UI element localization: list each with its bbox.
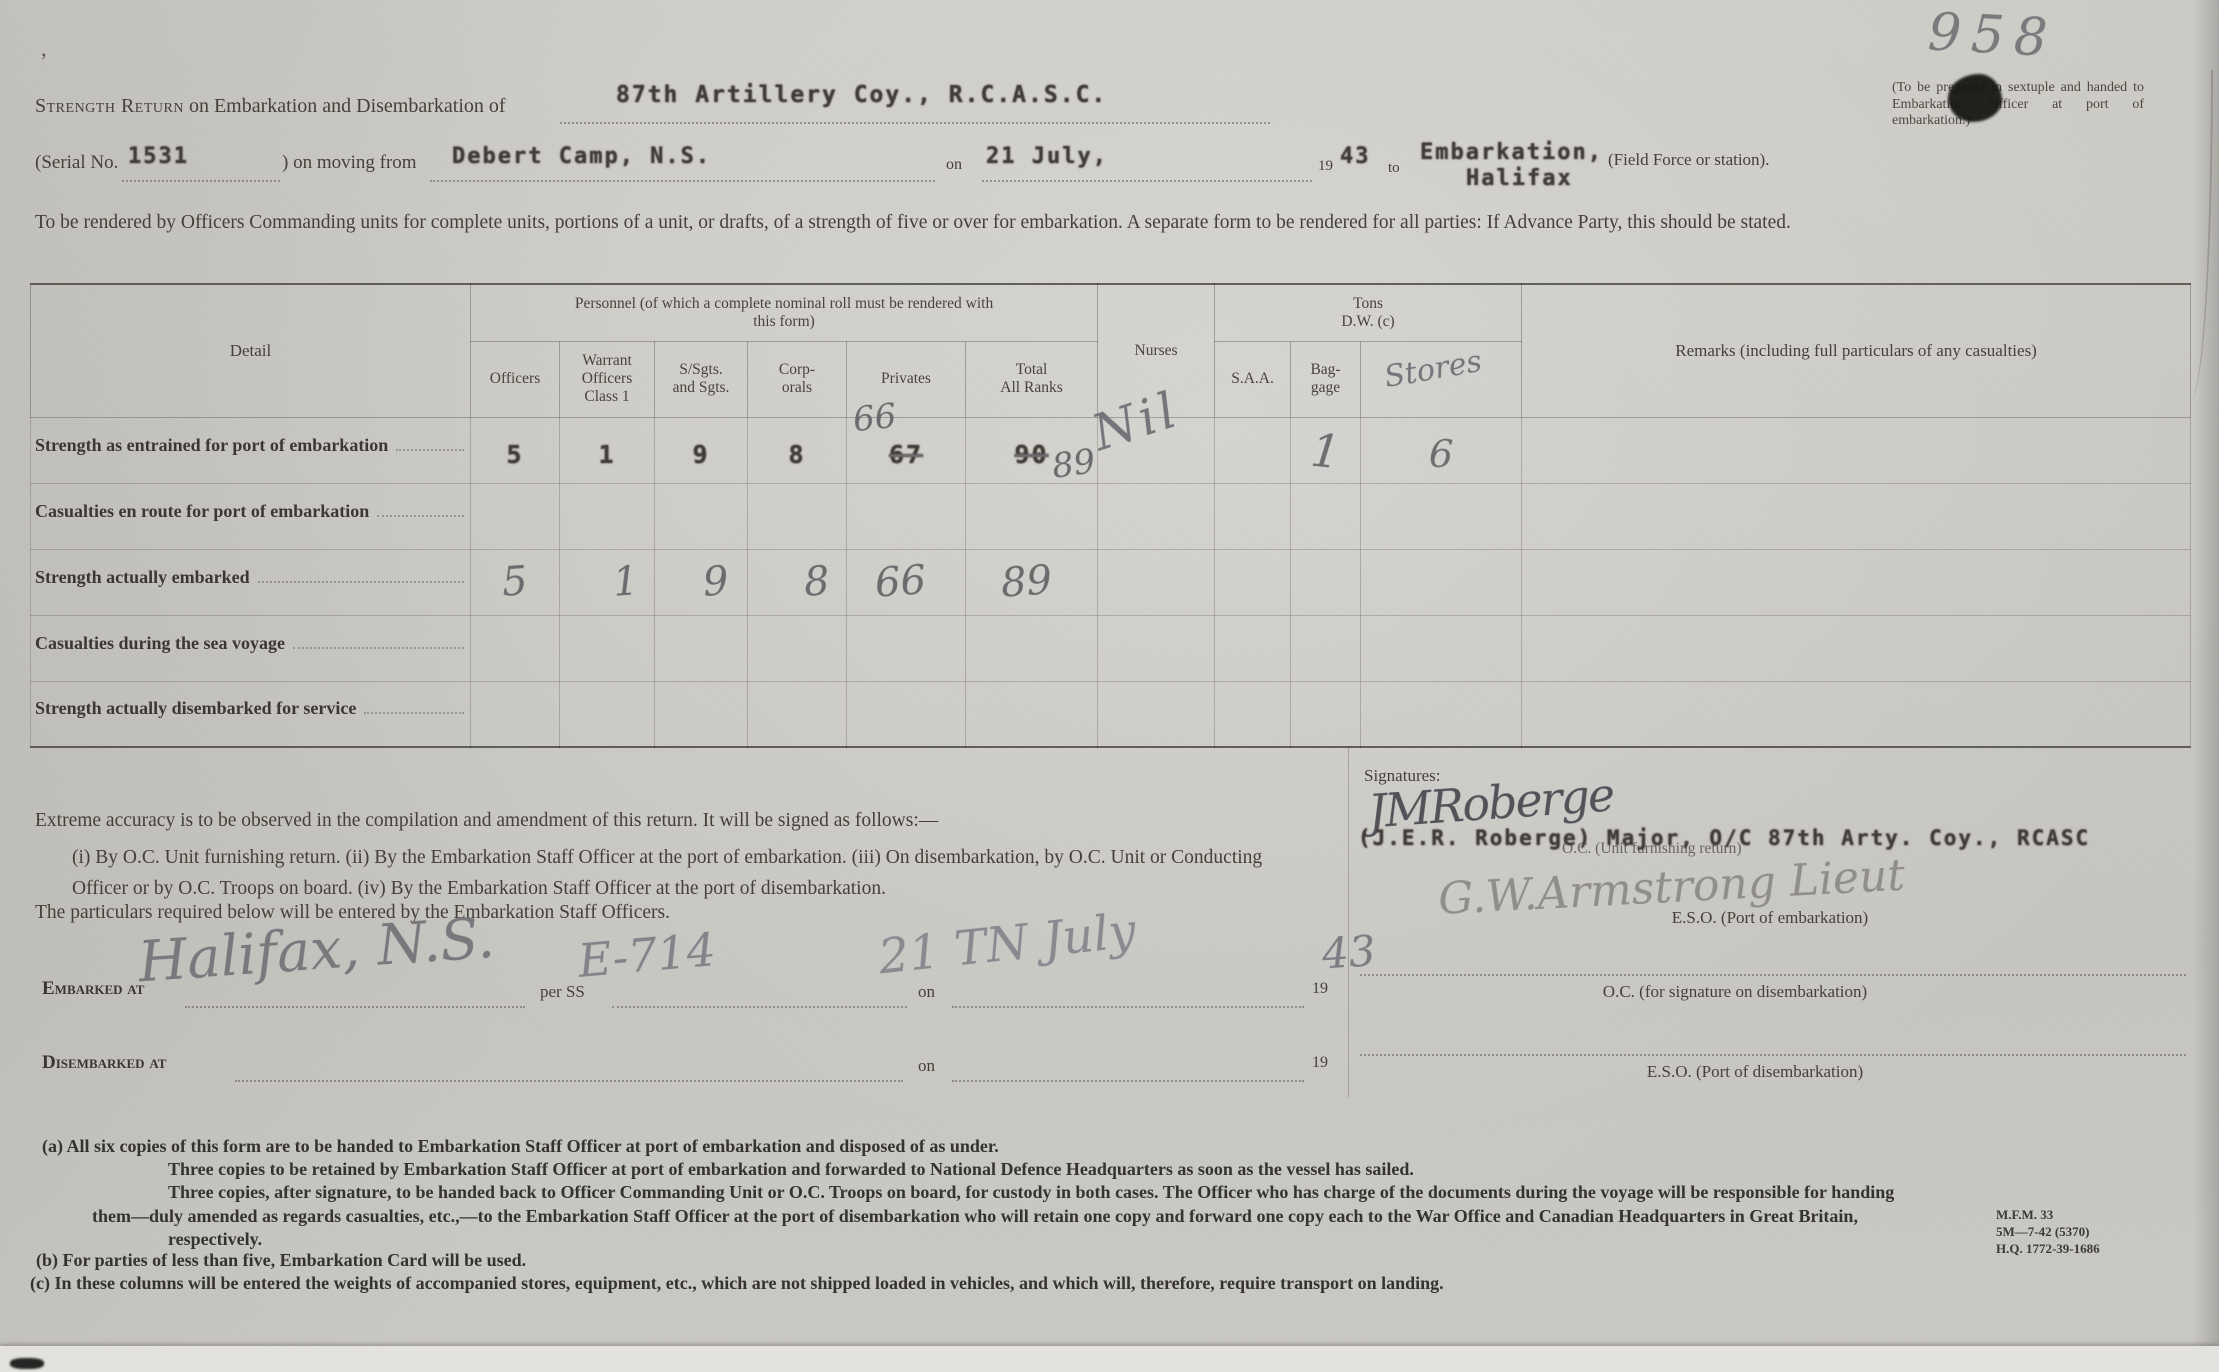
empty-cell — [1215, 483, 1291, 549]
on-label: on — [918, 982, 935, 1002]
dotted-rule — [430, 178, 935, 182]
footnote-a3: them—duly amended as regards casualties,… — [92, 1206, 1858, 1227]
dotted-leader — [293, 645, 464, 649]
move-date-value: 21 July, — [986, 144, 1108, 169]
footnote-a: (a) All six copies of this form are to b… — [42, 1136, 999, 1157]
year-prefix: 19 — [1312, 980, 1328, 998]
handwritten-ship-number: E-714 — [576, 922, 718, 988]
pencil-value: 1 — [612, 558, 641, 606]
empty-cell — [471, 615, 560, 681]
empty-cell — [748, 615, 847, 681]
dotted-rule — [185, 1004, 525, 1008]
empty-cell — [1291, 615, 1361, 681]
empty-cell — [748, 483, 847, 549]
dotted-rule — [235, 1078, 903, 1082]
empty-cell — [1291, 483, 1361, 549]
empty-cell — [1361, 549, 1522, 615]
per-ss-label: per SS — [540, 982, 585, 1002]
struck-typed-value: 67 — [889, 440, 923, 469]
to-label: to — [1388, 160, 1400, 177]
empty-cell — [1361, 483, 1522, 549]
empty-cell — [655, 483, 748, 549]
entrained-baggage-cell: 1 — [1291, 417, 1361, 483]
pencil-value: 89 — [1000, 557, 1054, 606]
remarks-column-header: Remarks (including full particulars of a… — [1522, 284, 2191, 417]
embarked-officers-cell: 5 — [471, 549, 560, 615]
remarks-cell — [1522, 615, 2191, 681]
entrained-officers-cell: 5 — [471, 417, 560, 483]
entrained-sgts-cell: 9 — [655, 417, 748, 483]
embarked-at-label: Embarked at — [42, 978, 144, 1000]
empty-cell — [471, 483, 560, 549]
pencil-correction: 89 — [1049, 441, 1097, 487]
destination-line2: Halifax — [1466, 166, 1573, 191]
destination-line1: Embarkation, — [1420, 140, 1603, 165]
empty-cell — [655, 615, 748, 681]
embarked-privates-cell: 66 — [847, 549, 966, 615]
corporals-column-header: Corp- orals — [748, 341, 847, 417]
empty-cell — [1361, 681, 1522, 747]
field-force-label: (Field Force or station). — [1608, 150, 1769, 170]
typed-value: 8 — [788, 440, 805, 469]
year-value: 43 — [1340, 144, 1371, 169]
row-label: Casualties during the sea voyage — [35, 633, 285, 654]
serial-no-value: 1531 — [128, 144, 189, 169]
dotted-rule — [560, 120, 1270, 124]
empty-cell — [1361, 615, 1522, 681]
empty-cell — [966, 483, 1098, 549]
dotted-leader — [364, 710, 464, 714]
typed-value: 9 — [692, 440, 709, 469]
remarks-cell — [1522, 549, 2191, 615]
empty-cell — [966, 681, 1098, 747]
saa-column-header: S.A.A. — [1215, 341, 1291, 417]
row-label-cell: Casualties en route for port of embarkat… — [31, 483, 471, 549]
form-title-rest: on Embarkation and Disembarkation of — [184, 95, 506, 117]
oc-disembarkation-label: O.C. (for signature on disembarkation) — [1520, 982, 1950, 1002]
empty-cell — [847, 483, 966, 549]
embarked-wo1-cell: 1 — [560, 549, 655, 615]
empty-cell — [748, 681, 847, 747]
ink-blot — [1948, 74, 2002, 122]
pencil-value: 8 — [803, 558, 832, 606]
accuracy-line1: Extreme accuracy is to be observed in th… — [35, 810, 938, 832]
remarks-cell — [1522, 417, 2191, 483]
footnote-c: (c) In these columns will be entered the… — [30, 1273, 1444, 1294]
empty-cell — [847, 681, 966, 747]
form-reference-numbers: M.F.M. 33 5M—7-42 (5370) H.Q. 1772-39-16… — [1996, 1206, 2100, 1257]
dotted-rule — [982, 178, 1312, 182]
remarks-cell — [1522, 681, 2191, 747]
empty-cell — [560, 681, 655, 747]
empty-cell — [560, 483, 655, 549]
embarked-sgts-cell: 9 — [655, 549, 748, 615]
entrained-wo1-cell: 1 — [560, 417, 655, 483]
empty-cell — [1215, 681, 1291, 747]
typed-value: 5 — [506, 440, 523, 469]
on-label: on — [946, 156, 962, 174]
scanned-form-page: 958 (To be prepared in sextuple and hand… — [0, 0, 2219, 1372]
scan-bottom-edge — [0, 1346, 2219, 1372]
row-label: Strength actually embarked — [35, 567, 250, 588]
dotted-rule — [122, 178, 280, 182]
footnote-a4: respectively. — [168, 1229, 262, 1250]
year-prefix: 19 — [1312, 1054, 1328, 1072]
row-label: Strength actually disembarked for servic… — [35, 698, 356, 719]
entrained-corporals-cell: 8 — [748, 417, 847, 483]
entrained-saa-cell — [1215, 417, 1291, 483]
empty-cell — [1098, 483, 1215, 549]
footnote-b: (b) For parties of less than five, Embar… — [36, 1250, 526, 1271]
empty-cell — [1215, 549, 1291, 615]
signature-line — [1360, 1052, 2186, 1056]
typed-value: 1 — [598, 440, 615, 469]
handwritten-page-number: 958 — [1927, 3, 2059, 70]
embarked-corporals-cell: 8 — [748, 549, 847, 615]
row-label: Casualties en route for port of embarkat… — [35, 501, 369, 522]
strength-table: Detail Personnel (of which a complete no… — [30, 283, 2191, 748]
dotted-leader — [396, 447, 464, 451]
row-label-cell: Strength actually disembarked for servic… — [31, 681, 471, 747]
dotted-rule — [952, 1004, 1304, 1008]
table-row-casualties-voyage: Casualties during the sea voyage — [31, 615, 2191, 681]
empty-cell — [1291, 549, 1361, 615]
signature-section-divider — [1348, 747, 1349, 1097]
struck-typed-value: 90 — [1014, 440, 1048, 469]
form-title-caps: Strength Return — [35, 95, 184, 117]
detail-column-header: Detail — [31, 284, 471, 417]
pencil-value: 66 — [873, 557, 927, 606]
empty-cell — [1215, 615, 1291, 681]
disembarked-at-label: Disembarked at — [42, 1052, 166, 1074]
oc-name-typed: (J.E.R. Roberge) Major, O/C 87th Arty. C… — [1358, 826, 2090, 850]
remarks-cell — [1522, 483, 2191, 549]
empty-cell — [471, 681, 560, 747]
pencil-value: 5 — [501, 558, 530, 606]
dotted-rule — [612, 1004, 907, 1008]
form-title: Strength Return on Embarkation and Disem… — [35, 95, 506, 118]
on-label: on — [918, 1056, 935, 1076]
rendering-instruction: To be rendered by Officers Commanding un… — [35, 208, 1873, 237]
dotted-leader — [258, 579, 464, 583]
pencil-value: 1 — [1308, 423, 1343, 480]
pencil-value: 9 — [702, 558, 731, 606]
corner-instruction-note: (To be prepared in sextuple and handed t… — [1892, 80, 2144, 130]
row-label-cell: Strength actually embarked — [31, 549, 471, 615]
scan-corner-mark — [10, 1358, 44, 1369]
empty-cell — [847, 615, 966, 681]
dotted-rule — [952, 1078, 1304, 1082]
signature-line — [1360, 972, 2186, 976]
table-row-casualties-en-route: Casualties en route for port of embarkat… — [31, 483, 2191, 549]
warrant-officers-column-header: Warrant Officers Class 1 — [560, 341, 655, 417]
table-row-embarked: Strength actually embarked 5 1 9 8 66 89 — [31, 549, 2191, 615]
empty-cell — [1098, 615, 1215, 681]
footnote-a2: Three copies, after signature, to be han… — [168, 1182, 1894, 1203]
empty-cell — [1291, 681, 1361, 747]
handwritten-embark-date: 21 TN July — [876, 903, 1139, 986]
stray-mark: ’ — [40, 48, 47, 74]
pencil-value: 6 — [1428, 432, 1454, 477]
row-label-cell: Strength as entrained for port of embark… — [31, 417, 471, 483]
empty-cell — [655, 681, 748, 747]
table-row-disembarked: Strength actually disembarked for servic… — [31, 681, 2191, 747]
row-label: Strength as entrained for port of embark… — [35, 435, 388, 456]
personnel-header: Personnel (of which a complete nominal r… — [471, 284, 1098, 341]
unit-name-typed: 87th Artillery Coy., R.C.A.S.C. — [616, 82, 1107, 108]
pencil-correction: 66 — [851, 395, 898, 439]
entrained-total-cell: 90 89 — [966, 417, 1098, 483]
handwritten-embark-year: 43 — [1320, 926, 1377, 979]
eso-embarkation-label: E.S.O. (Port of embarkation) — [1560, 908, 1980, 928]
serial-no-label: (Serial No. — [35, 152, 118, 174]
dotted-leader — [377, 513, 464, 517]
entrained-privates-cell: 66 67 — [847, 417, 966, 483]
row-label-cell: Casualties during the sea voyage — [31, 615, 471, 681]
empty-cell — [1098, 549, 1215, 615]
embarked-total-cell: 89 — [966, 549, 1098, 615]
accuracy-line2: (i) By O.C. Unit furnishing return. (ii)… — [72, 842, 1322, 904]
year-prefix: 19 — [1318, 158, 1333, 175]
officers-column-header: Officers — [471, 341, 560, 417]
eso-disembarkation-label: E.S.O. (Port of disembarkation) — [1540, 1062, 1970, 1082]
tons-dw-header: Tons D.W. (c) — [1215, 284, 1522, 341]
empty-cell — [966, 615, 1098, 681]
baggage-column-header: Bag- gage — [1291, 341, 1361, 417]
origin-value: Debert Camp, N.S. — [452, 144, 711, 169]
empty-cell — [560, 615, 655, 681]
sgts-column-header: S/Sgts. and Sgts. — [655, 341, 748, 417]
total-ranks-column-header: Total All Ranks — [966, 341, 1098, 417]
footnote-a1: Three copies to be retained by Embarkati… — [168, 1159, 1414, 1180]
moving-from-label: ) on moving from — [282, 152, 417, 174]
entrained-stores-cell: 6 — [1361, 417, 1522, 483]
empty-cell — [1098, 681, 1215, 747]
